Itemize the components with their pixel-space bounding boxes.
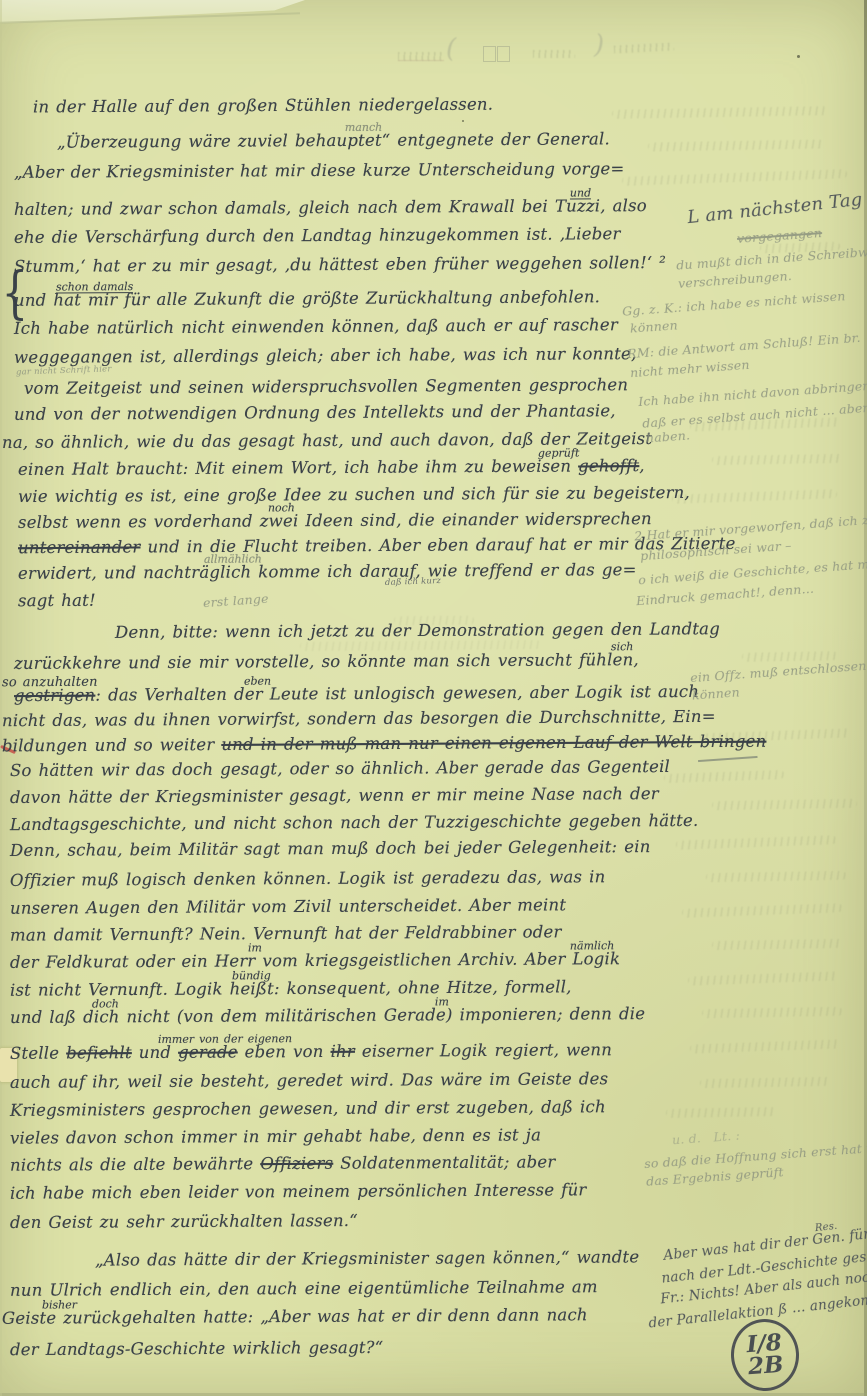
manuscript-line: Geiste zurückgehalten hatte: „Aber was h… (2, 1307, 588, 1327)
manuscript-line: nicht das, was du ihnen vorwirfst, sonde… (2, 709, 716, 730)
bleed-through-marks (300, 640, 540, 651)
manuscript-line: ich habe mich eben leider von meinem per… (10, 1182, 587, 1202)
interlinear-insertion: immer von der eigenen (158, 1033, 292, 1045)
manuscript-line: selbst wenn es vorderhand zwei Ideen sin… (18, 511, 652, 531)
manuscript-line: und von der notwendigen Ordnung des Inte… (14, 403, 616, 423)
interlinear-insertion: allmählich (204, 553, 262, 564)
bleed-through-marks (682, 903, 842, 918)
manuscript-line: So hätten wir das doch gesagt, oder so ä… (10, 759, 670, 780)
pencil-margin-note: können (692, 685, 741, 703)
manuscript-line: den Geist zu sehr zurückhalten lassen.“ (10, 1213, 358, 1232)
manuscript-line: vieles davon schon immer in mir gehabt h… (10, 1127, 541, 1147)
manuscript-page: ( ) { in der Halle auf den großen Stühle… (0, 0, 867, 1396)
manuscript-line: zurückkehre und sie mir vorstelle, so kö… (14, 652, 639, 672)
manuscript-line: nun Ulrich endlich ein, den auch eine ei… (10, 1279, 598, 1299)
bleed-through-marks (700, 1077, 830, 1088)
bleed-through-marks (706, 871, 846, 882)
pencil-margin-note: u. d. Lt. : (672, 1129, 741, 1148)
bleed-through-marks (612, 106, 827, 119)
manuscript-line: in der Halle auf den großen Stühlen nied… (33, 97, 493, 116)
ink-speck (797, 55, 800, 58)
illegible-pencil-word (398, 52, 444, 61)
pencil-margin-note: daß ich kurz (385, 577, 441, 589)
illegible-pencil-word (614, 42, 674, 53)
interlinear-insertion: schon damals (56, 281, 133, 293)
bleed-through-marks (712, 454, 842, 465)
manuscript-line: ist nicht Vernunft. Logik heißt: konsequ… (10, 979, 572, 999)
pencil-margin-note: haben. (646, 428, 691, 445)
bleed-through-marks (648, 139, 823, 151)
pencil-margin-note: 2 Hat er mir vorgeworfen, daß ich zu (634, 513, 867, 544)
manuscript-line: halten; und zwar schon damals, gleich na… (14, 198, 647, 218)
ink-speck (462, 120, 464, 122)
manuscript-line: vom Zeitgeist und seinen widerspruchsvol… (24, 377, 628, 397)
archival-signature-stamp: I/8 2B (729, 1317, 802, 1394)
manuscript-line: erwidert, und nachträglich komme ich dar… (18, 562, 637, 582)
manuscript-line: Stelle befiehlt und gerade eben von ihr … (10, 1042, 612, 1062)
bleed-through-marks (664, 770, 784, 783)
pencil-margin-note: nicht mehr wissen (630, 358, 750, 381)
manuscript-line: bildungen und so weiter und in der muß m… (2, 734, 766, 755)
manuscript-line: ehe die Verschärfung durch den Landtag h… (14, 226, 621, 246)
pencil-box-mark (483, 46, 496, 62)
manuscript-line: und hat mir für alle Zukunft die größte … (14, 289, 600, 309)
pencil-margin-note: erst lange (203, 592, 270, 611)
interlinear-insertion: bündig (232, 970, 271, 981)
manuscript-line: der Landtags-Geschichte wirklich gesagt?… (10, 1340, 383, 1359)
pencil-margin-note: gar nicht Schrift hier (16, 365, 112, 378)
interlinear-insertion: im (248, 942, 262, 953)
stamp-page-number: 2B (747, 1354, 784, 1378)
manuscript-line: weggegangen ist, allerdings gleich; aber… (14, 346, 637, 366)
interlinear-insertion: doch (92, 998, 119, 1009)
interlinear-insertion: und (570, 187, 591, 199)
pencil-margin-note: verschreibungen. (678, 269, 793, 291)
manuscript-line: „Also das hätte dir der Kriegsminister s… (95, 1249, 639, 1269)
manuscript-line: Kriegsministers gesprochen gewesen, und … (10, 1099, 606, 1119)
pencil-margin-note: Gg. z. K.: ich habe es nicht wissen (622, 289, 846, 319)
manuscript-line: Ich habe natürlich nicht einwenden könne… (14, 317, 618, 337)
bleed-through-marks (666, 1107, 776, 1118)
interlinear-insertion: sich (611, 641, 633, 652)
bleed-through-marks (690, 1039, 840, 1053)
manuscript-line: Stumm,‘ hat er zu mir gesagt, ‚du hättes… (14, 255, 666, 275)
manuscript-line: „Überzeugung wäre zuviel behauptet“ entg… (57, 131, 610, 151)
manuscript-line: Offizier muß logisch denken können. Logi… (10, 869, 605, 889)
manuscript-line: nichts als die alte bewährte Offiziers S… (10, 1154, 556, 1174)
pencil-margin-note: können (630, 318, 679, 336)
top-note-open-paren: ( (446, 34, 456, 64)
manuscript-line: gestrigen: das Verhalten der Leute ist u… (14, 684, 699, 705)
manuscript-line: sagt hat! (18, 593, 96, 610)
bleed-through-marks (672, 489, 837, 504)
bleed-through-marks (702, 1007, 842, 1018)
bleed-through-marks (712, 939, 842, 950)
interlinear-insertion: geprüft (538, 447, 580, 458)
bleed-through-marks (688, 971, 838, 985)
manuscript-line: Denn, bitte: wenn ich jetzt zu der Demon… (115, 621, 720, 641)
interlinear-insertion: bisher (42, 1299, 77, 1310)
page-left-edge (0, 0, 2, 1396)
interlinear-insertion: im (435, 996, 449, 1007)
illegible-pencil-word (533, 50, 575, 58)
bleed-through-marks (712, 799, 857, 811)
pencil-margin-note: – – – – – – (698, 750, 758, 768)
interlinear-insertion: manch (345, 122, 382, 133)
pencil-box-mark (497, 46, 510, 62)
manuscript-line: und laß dich nicht (von dem militärische… (10, 1006, 645, 1026)
manuscript-line: auch auf ihr, weil sie besteht, geredet … (10, 1071, 608, 1091)
manuscript-line: der Feldkurat oder ein Herr vom kriegsge… (10, 951, 620, 971)
manuscript-line: wie wichtig es ist, eine große Idee zu s… (18, 485, 690, 506)
manuscript-line: einen Halt braucht: Mit einem Wort, ich … (18, 458, 645, 478)
manuscript-line: „Aber der Kriegsminister hat mir diese k… (14, 161, 625, 181)
interlinear-insertion: eben (244, 676, 271, 687)
interlinear-insertion: nämlich (570, 940, 614, 951)
bleed-through-marks (676, 835, 836, 850)
manuscript-line: unseren Augen den Militär vom Zivil unte… (10, 897, 566, 917)
manuscript-line: davon hätte der Kriegsminister gesagt, w… (10, 786, 659, 806)
top-note-close-paren: ) (594, 30, 604, 60)
manuscript-line: Denn, schau, beim Militär sagt man muß d… (10, 839, 651, 859)
interlinear-insertion: noch (268, 502, 295, 513)
ink-margin-note: L am nächsten Tag (686, 190, 863, 229)
manuscript-line: untereinander und in die Flucht treiben.… (18, 536, 736, 557)
manuscript-line: Landtagsgeschichte, und nicht schon nach… (10, 813, 698, 834)
bleed-through-marks (622, 169, 847, 186)
manuscript-line: man damit Vernunft? Nein. Vernunft hat d… (10, 924, 562, 944)
